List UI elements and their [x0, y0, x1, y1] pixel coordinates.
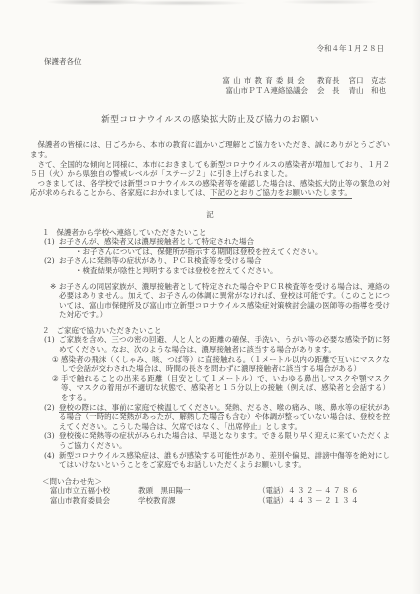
- circled-item-1: ① 感染者の飛沫（くしゃみ、咳、つば等）に直接触れる。（１メートル以内の距離で互…: [52, 355, 390, 374]
- item-label: (1): [44, 237, 59, 247]
- sender-org: 富山市ＰＴＡ連絡協議会: [226, 86, 309, 96]
- phone-label: （電話）: [258, 496, 288, 505]
- contact-org: 富山市教育委員会: [50, 496, 138, 506]
- case-detail: ・検査結果が陰性と判明するまでは登校を控えてください。: [75, 266, 390, 276]
- phone-number: ４４３－２１３４: [288, 496, 360, 505]
- item-text: 新型コロナウイルス感染症は、誰もが感染する可能性があり、差別や偏見、誹謗中傷等を…: [59, 451, 390, 470]
- item-text: ご家族を含め、三つの密の回避、人と人との距離の確保、手洗い、うがい等の必要な感染…: [59, 335, 390, 354]
- circled-two-mark: ②: [52, 374, 61, 403]
- phone-number: ４３２－４７８６: [288, 486, 360, 495]
- contact-heading: ＜問い合わせ先＞: [42, 477, 390, 487]
- contact-block: ＜問い合わせ先＞ 富山市立五福小校 教頭 黒田陽一 （電話）４３２－４７８６ 富…: [42, 477, 390, 506]
- intro-paragraph-3: つきましては、各学校では新型コロナウイルスの感染者等を確認した場合は、感染拡大防…: [30, 179, 390, 198]
- item-label: (2): [44, 256, 59, 266]
- record-mark: 記: [30, 210, 390, 220]
- case-line: お子さんが、感染者又は濃厚接触者として特定された場合: [59, 237, 390, 247]
- intro-p3-underlined: 下記のとおりご協力をお願いいたします。: [210, 188, 352, 199]
- sender-role: 教育長: [317, 76, 340, 86]
- sender-block: 富山市教育委員会 教育長 宮口 克志 富山市ＰＴＡ連絡協議会 会 長 青山 和也: [30, 76, 390, 95]
- item-label: (3): [44, 431, 59, 441]
- document-title: 新型コロナウイルスの感染拡大防止及び協力のお願い: [30, 115, 390, 126]
- section-1-item-2: (2) お子さんに発熱等の症状があり、ＰＣＲ検査等を受ける場合 ・検査結果が陰性…: [44, 256, 390, 275]
- addressee: 保護者各位: [44, 57, 390, 67]
- document-date: 令和４年１月２８日: [30, 44, 390, 54]
- section-2-home-cooperation: ２ ご家庭で協力いただきたいこと (1) ご家族を含め、三つの密の回避、人と人と…: [42, 326, 390, 470]
- section-1-item-1: (1) お子さんが、感染者又は濃厚接触者として特定された場合 ・お子さんについて…: [44, 237, 390, 256]
- sender-role: 会 長: [317, 86, 340, 96]
- item-body: 登校の際には、事前に家庭で検温してください。発熱、だるさ、喉の痛み、咳、鼻水等の…: [59, 403, 390, 432]
- intro-paragraph-2: さて、全国的な傾向と同様に、本市におきましても新型コロナウイルスの感染者が増加し…: [30, 160, 390, 179]
- sender-row-pta-council: 富山市ＰＴＡ連絡協議会 会 長 青山 和也: [30, 86, 390, 96]
- section-1-heading: １ 保護者から学校へ連絡していただきたいこと: [42, 228, 390, 238]
- section-2-number: ２: [42, 326, 50, 336]
- contact-row-school: 富山市立五福小校 教頭 黒田陽一 （電話）４３２－４７８６: [50, 486, 390, 496]
- contact-phone: （電話）４３２－４７８６: [258, 486, 390, 496]
- circled-two-text: 手で触れることの出来る距離（目安として１メートル）で、いわゆる鼻出しマスクや顎マ…: [61, 374, 390, 403]
- section-1-heading-text: 保護者から学校へ連絡していただきたいこと: [57, 228, 207, 238]
- item-text: 登校後に発熱等の症状がみられた場合は、早退となります。できる限り早く迎えに来てい…: [59, 431, 390, 450]
- contact-row-board: 富山市教育委員会 学校教育課 （電話）４４３－２１３４: [50, 496, 390, 506]
- contact-phone: （電話）４４３－２１３４: [258, 496, 390, 506]
- contact-person: 学校教育課: [138, 496, 258, 506]
- sender-name: 青山 和也: [349, 86, 387, 96]
- section-1-number: １: [42, 228, 50, 238]
- item-body: ご家族を含め、三つの密の回避、人と人との距離の確保、手洗い、うがい等の必要な感染…: [59, 335, 390, 402]
- item-body: お子さんに発熱等の症状があり、ＰＣＲ検査等を受ける場合 ・検査結果が陰性と判明す…: [59, 256, 390, 275]
- sender-org: 富山市教育委員会: [222, 76, 308, 86]
- section-2-item-2: (2) 登校の際には、事前に家庭で検温してください。発熱、だるさ、喉の痛み、咳、…: [44, 403, 390, 432]
- item-body: お子さんが、感染者又は濃厚接触者として特定された場合 ・お子さんについては、保健…: [59, 237, 390, 256]
- case-line: お子さんに発熱等の症状があり、ＰＣＲ検査等を受ける場合: [59, 256, 390, 266]
- circled-one-mark: ①: [52, 355, 61, 374]
- intro-paragraph-1: 保護者の皆様には、日ごろから、本市の教育に温かいご理解とご協力をいただき、誠にあ…: [30, 140, 390, 159]
- circled-one-text: 感染者の飛沫（くしゃみ、咳、つば等）に直接触れる。（１メートル以内の距離で互いに…: [61, 355, 390, 374]
- case-detail: ・お子さんについては、保健所が指示する期間は登校を控えてください。: [75, 247, 390, 257]
- note-text: お子さんの同居家族が、濃厚接触者として特定された場合やＰＣＲ検査等を受ける場合は…: [59, 282, 390, 320]
- contact-person: 教頭 黒田陽一: [138, 486, 258, 496]
- circled-item-2: ② 手で触れることの出来る距離（目安として１メートル）で、いわゆる鼻出しマスクや…: [52, 374, 390, 403]
- sender-row-board-of-education: 富山市教育委員会 教育長 宮口 克志: [30, 76, 390, 86]
- section-2-item-1: (1) ご家族を含め、三つの密の回避、人と人との距離の確保、手洗い、うがい等の必…: [44, 335, 390, 402]
- section-1-note: ※ お子さんの同居家族が、濃厚接触者として特定された場合やＰＣＲ検査等を受ける場…: [50, 282, 390, 320]
- section-1-contact-school: １ 保護者から学校へ連絡していただきたいこと (1) お子さんが、感染者又は濃厚…: [42, 228, 390, 320]
- sender-name: 宮口 克志: [349, 76, 387, 86]
- item-label: (1): [44, 335, 59, 345]
- scanned-letter-page: 令和４年１月２８日 保護者各位 富山市教育委員会 教育長 宮口 克志 富山市ＰＴ…: [0, 0, 420, 594]
- item-label: (4): [44, 451, 59, 461]
- intro-paragraphs: 保護者の皆様には、日ごろから、本市の教育に温かいご理解とご協力をいただき、誠にあ…: [30, 140, 390, 198]
- section-2-item-3: (3) 登校後に発熱等の症状がみられた場合は、早退となります。できる限り早く迎え…: [44, 431, 390, 450]
- section-2-item-4: (4) 新型コロナウイルス感染症は、誰もが感染する可能性があり、差別や偏見、誹謗…: [44, 451, 390, 470]
- note-mark: ※: [50, 282, 59, 320]
- phone-label: （電話）: [258, 486, 288, 495]
- item-label: (2): [44, 403, 59, 413]
- contact-org: 富山市立五福小校: [50, 486, 138, 496]
